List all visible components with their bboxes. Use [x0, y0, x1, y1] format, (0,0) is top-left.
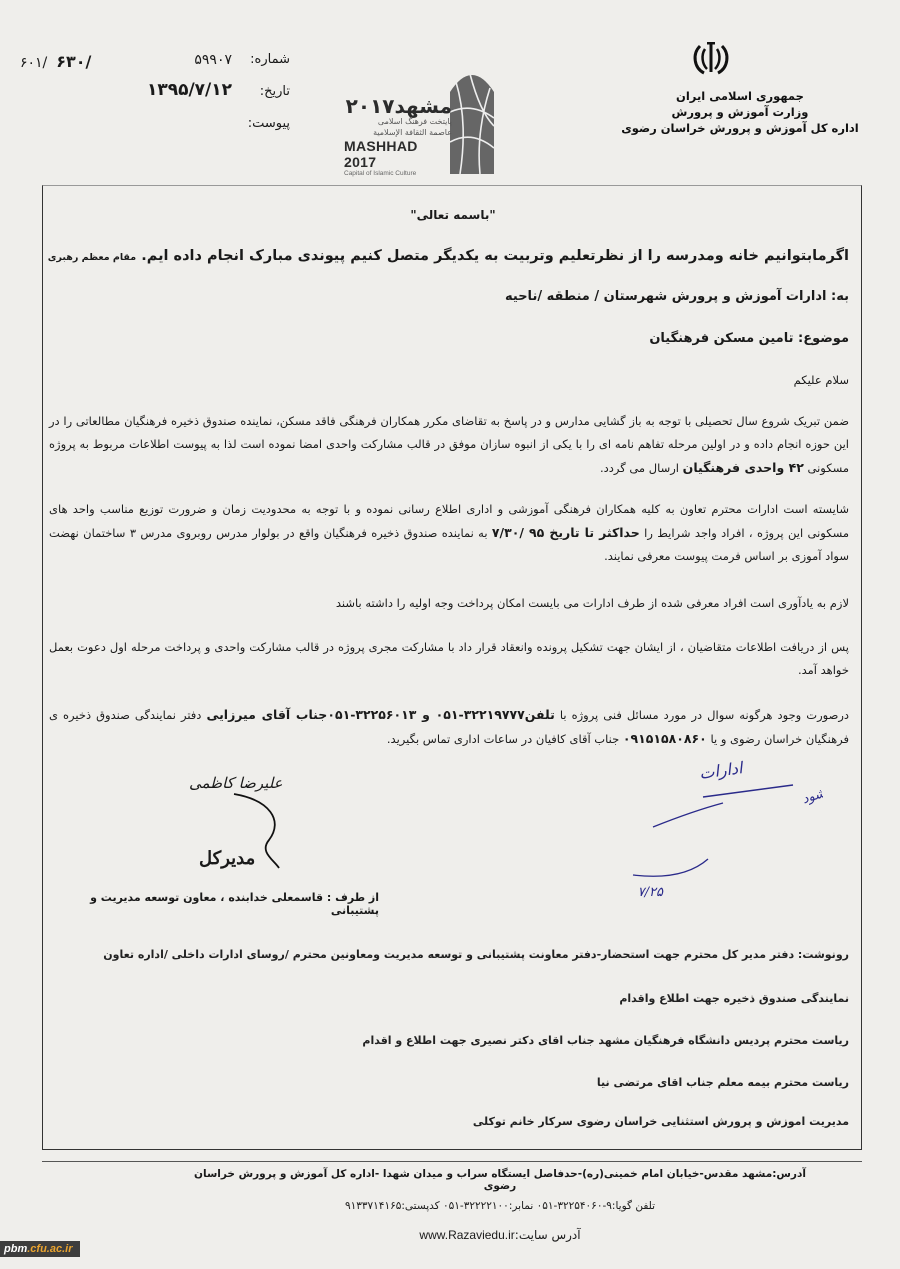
leader-quote: اگرمابتوانیم خانه ومدرسه را از نظرتعلیم … [48, 248, 849, 264]
paragraph-4: پس از دریافت اطلاعات متقاضیان ، از ایشان… [49, 636, 849, 682]
note-line-1: ادارات [698, 758, 745, 783]
scanned-letter: جمهوری اسلامی ایران وزارت آموزش و پرورش … [0, 0, 900, 1269]
quote-source: مقام معظم رهبری [48, 252, 136, 263]
gov-line-3: اداره کل آموزش و پرورش خراسان رضوی [570, 120, 880, 136]
government-header: جمهوری اسلامی ایران وزارت آموزش و پرورش … [570, 88, 900, 136]
site-url-link[interactable]: www.Razaviedu.ir [419, 1228, 514, 1242]
p1-text-b: ارسال می گردد. [600, 461, 679, 475]
logo-en-sub: Capital of Islamic Culture [344, 170, 452, 178]
note-line-3: ۷/۲۵ [638, 885, 664, 900]
number-extra: ۶۰۱/ ۶۳۰/ [20, 52, 91, 71]
cc-line-4: ریاست محترم بیمه معلم جناب اقای مرتضی نی… [597, 1076, 849, 1089]
footer-phones: تلفن گویا:۹-۳۲۲۵۴۰۶۰-۰۵۱ نمابر:۳۲۲۲۲۱۰۰-… [180, 1200, 820, 1212]
paragraph-2: شایسته است ادارات محترم تعاون به کلیه هم… [49, 498, 849, 568]
date-value: ۱۳۹۵/۷/۱۲ [147, 80, 232, 100]
recipient: به: ادارات آموزش و پرورش شهرستان / منطقه… [505, 289, 849, 304]
gov-line-1: جمهوری اسلامی ایران [570, 88, 880, 104]
p5-phone-bold: تلفن۳۲۲۱۹۷۷۷-۰۵۱ و ۳۲۲۵۶۰۱۳-۰۵۱جناب آقای… [206, 707, 554, 722]
date-label: تاریخ: [260, 84, 290, 99]
handwritten-note-icon: ادارات ادوگرم - جهت اطلاع رسانی ارسال شو… [593, 741, 823, 901]
iran-emblem-icon [688, 40, 734, 76]
p5-text-c: جناب آقای کافیان در ساعات اداری تماس بگی… [387, 732, 623, 746]
signature-title: مدیرکل [199, 848, 255, 869]
bismillah: "باسمه تعالی" [43, 208, 863, 222]
from-line: از طرف : قاسمعلی خدابنده ، معاون توسعه م… [49, 891, 379, 917]
subject: موضوع: تامین مسکن فرهنگیان [649, 331, 849, 346]
site-label: آدرس سایت: [515, 1228, 581, 1242]
watermark-prefix: pbm [4, 1243, 27, 1255]
quote-text: اگرمابتوانیم خانه ومدرسه را از نظرتعلیم … [141, 248, 849, 264]
logo-fa-sub2: عاصمة الثقافة الإسلامية [344, 127, 452, 138]
number-value: ۵۹۹۰۷ [194, 52, 232, 68]
number-label: شماره: [250, 52, 290, 67]
footer-divider [42, 1161, 862, 1162]
mashhad-2017-globe-icon [450, 62, 494, 174]
cc-line-1: رونوشت: دفتر مدیر کل محترم جهت استحضار-د… [103, 948, 849, 961]
letter-meta: شماره: ۵۹۹۰۷ ۶۰۱/ ۶۳۰/ تاریخ: ۱۳۹۵/۷/۱۲ … [20, 52, 290, 148]
meta-attachment-row: پیوست: [20, 116, 290, 148]
note-line-2: ادوگرم - جهت اطلاع رسانی ارسال شود [800, 741, 823, 807]
source-watermark: pbm.cfu.ac.ir [0, 1241, 80, 1257]
p5-text-a: درصورت وجود هرگونه سوال در مورد مسائل فن… [555, 708, 849, 722]
logo-en-title: MASHHAD 2017 [344, 138, 452, 170]
attachment-label: پیوست: [248, 116, 290, 131]
watermark-domain: .cfu.ac.ir [27, 1243, 72, 1255]
meta-date-row: تاریخ: ۱۳۹۵/۷/۱۲ [20, 84, 290, 116]
cc-line-3: ریاست محترم پردیس دانشگاه فرهنگیان مشهد … [362, 1034, 849, 1047]
p2-deadline-bold: حداکثر تا تاریخ ۹۵ /۷/۳۰ [492, 525, 640, 540]
footer-site: آدرس سایت:www.Razaviedu.ir [180, 1228, 820, 1242]
footer-address: آدرس:مشهد مقدس-خیابان امام خمینی(ره)-حدف… [180, 1168, 820, 1192]
number-extra-b: ۶۳۰/ [56, 52, 91, 71]
p1-units-bold: ۴۲ واحدی فرهنگیان [683, 460, 804, 475]
signature-block: علیرضا کاظمی مدیرکل [49, 766, 389, 906]
cc-line-2: نمایندگی صندوق ذخیره جهت اطلاع واقدام [619, 992, 849, 1005]
letter-body-frame: "باسمه تعالی" اگرمابتوانیم خانه ومدرسه ر… [42, 185, 862, 1150]
paragraph-3: لازم به یادآوری است افراد معرفی شده از ط… [49, 592, 849, 615]
mashhad-2017-logo: مشهد۲۰۱۷ پایتخت فرهنگ اسلامی عاصمة الثقا… [344, 96, 452, 178]
paragraph-1: ضمن تبریک شروع سال تحصیلی با توجه به باز… [49, 410, 849, 480]
logo-fa-title: مشهد۲۰۱۷ [344, 96, 452, 116]
greeting: سلام علیکم [794, 373, 849, 387]
cc-line-5: مدیریت اموزش و پرورش استثنایی خراسان رضو… [473, 1115, 849, 1128]
number-extra-a: ۶۰۱/ [20, 55, 47, 71]
gov-line-2: وزارت آموزش و پرورش [570, 104, 880, 120]
